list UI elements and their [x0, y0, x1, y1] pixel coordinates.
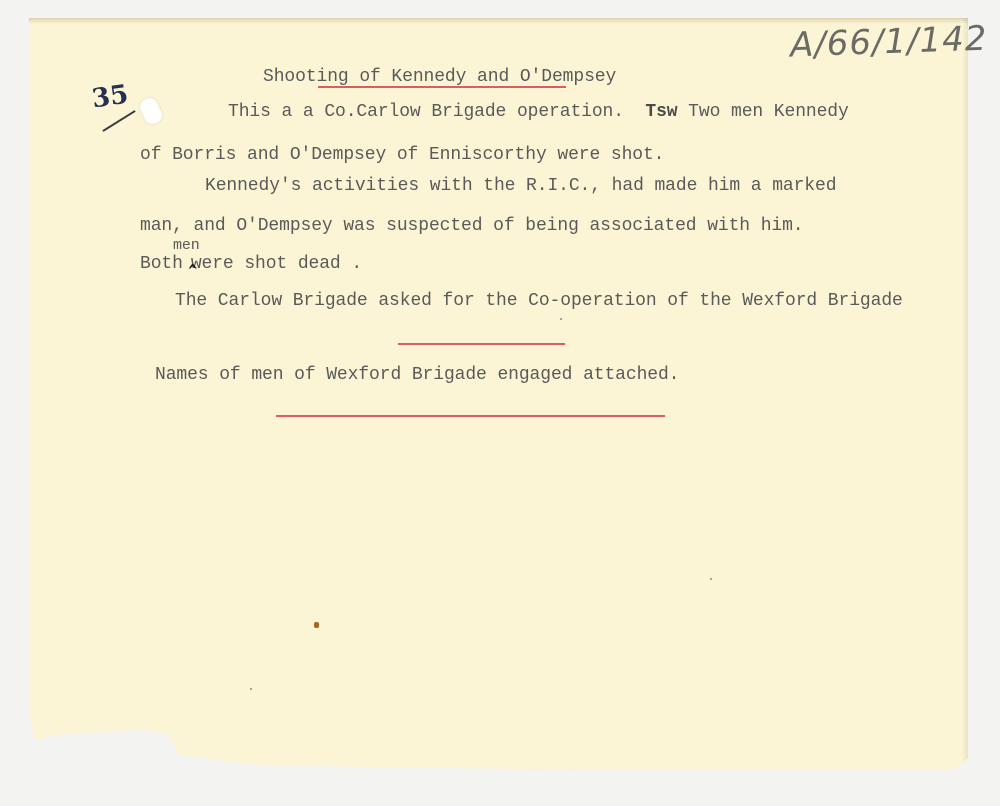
paragraph-1-line-1: This a a Co.Carlow Brigade operation. Ts…: [228, 103, 849, 121]
document-page: [29, 18, 968, 770]
paragraph-1-line-2: of Borris and O'Dempsey of Enniscorthy w…: [140, 146, 664, 164]
line-text: Two men Kennedy: [677, 102, 848, 122]
paragraph-2-line-3: Bothwere shot dead .: [140, 255, 362, 273]
paragraph-2-line-1: Kennedy's activities with the R.I.C., ha…: [205, 177, 836, 195]
line-text: Both: [140, 254, 183, 274]
paper-speck: [250, 688, 252, 690]
archive-reference: A/66/1/142: [789, 19, 988, 66]
line-text: This a a Co.Carlow Brigade operation.: [228, 102, 645, 122]
struck-out-text: Tsw: [645, 102, 677, 122]
paragraph-2-line-2: man, and O'Dempsey was suspected of bein…: [140, 217, 804, 235]
title-text-underlined: ing of Kennedy and O'De: [317, 67, 563, 87]
title-red-underline: [318, 86, 566, 88]
folio-number: 35: [90, 80, 130, 115]
paragraph-4-line-1: Names of men of Wexford Brigade engaged …: [155, 366, 679, 384]
inserted-word: men: [173, 238, 200, 253]
red-rule-2: [276, 415, 665, 417]
line-text: were shot dead .: [191, 254, 362, 274]
paper-speck: [710, 578, 712, 580]
paper-stain: [314, 622, 319, 628]
paragraph-3-line-1: The Carlow Brigade asked for the Co-oper…: [175, 292, 903, 310]
paper-speck: [560, 318, 562, 320]
insertion-caret-icon: ^: [187, 261, 198, 280]
title-text-end: mpsey: [563, 67, 617, 87]
document-title: Shooting of Kennedy and O'Dempsey: [263, 68, 616, 86]
title-text-start: Shoot: [263, 67, 317, 87]
red-rule-1: [398, 343, 565, 345]
